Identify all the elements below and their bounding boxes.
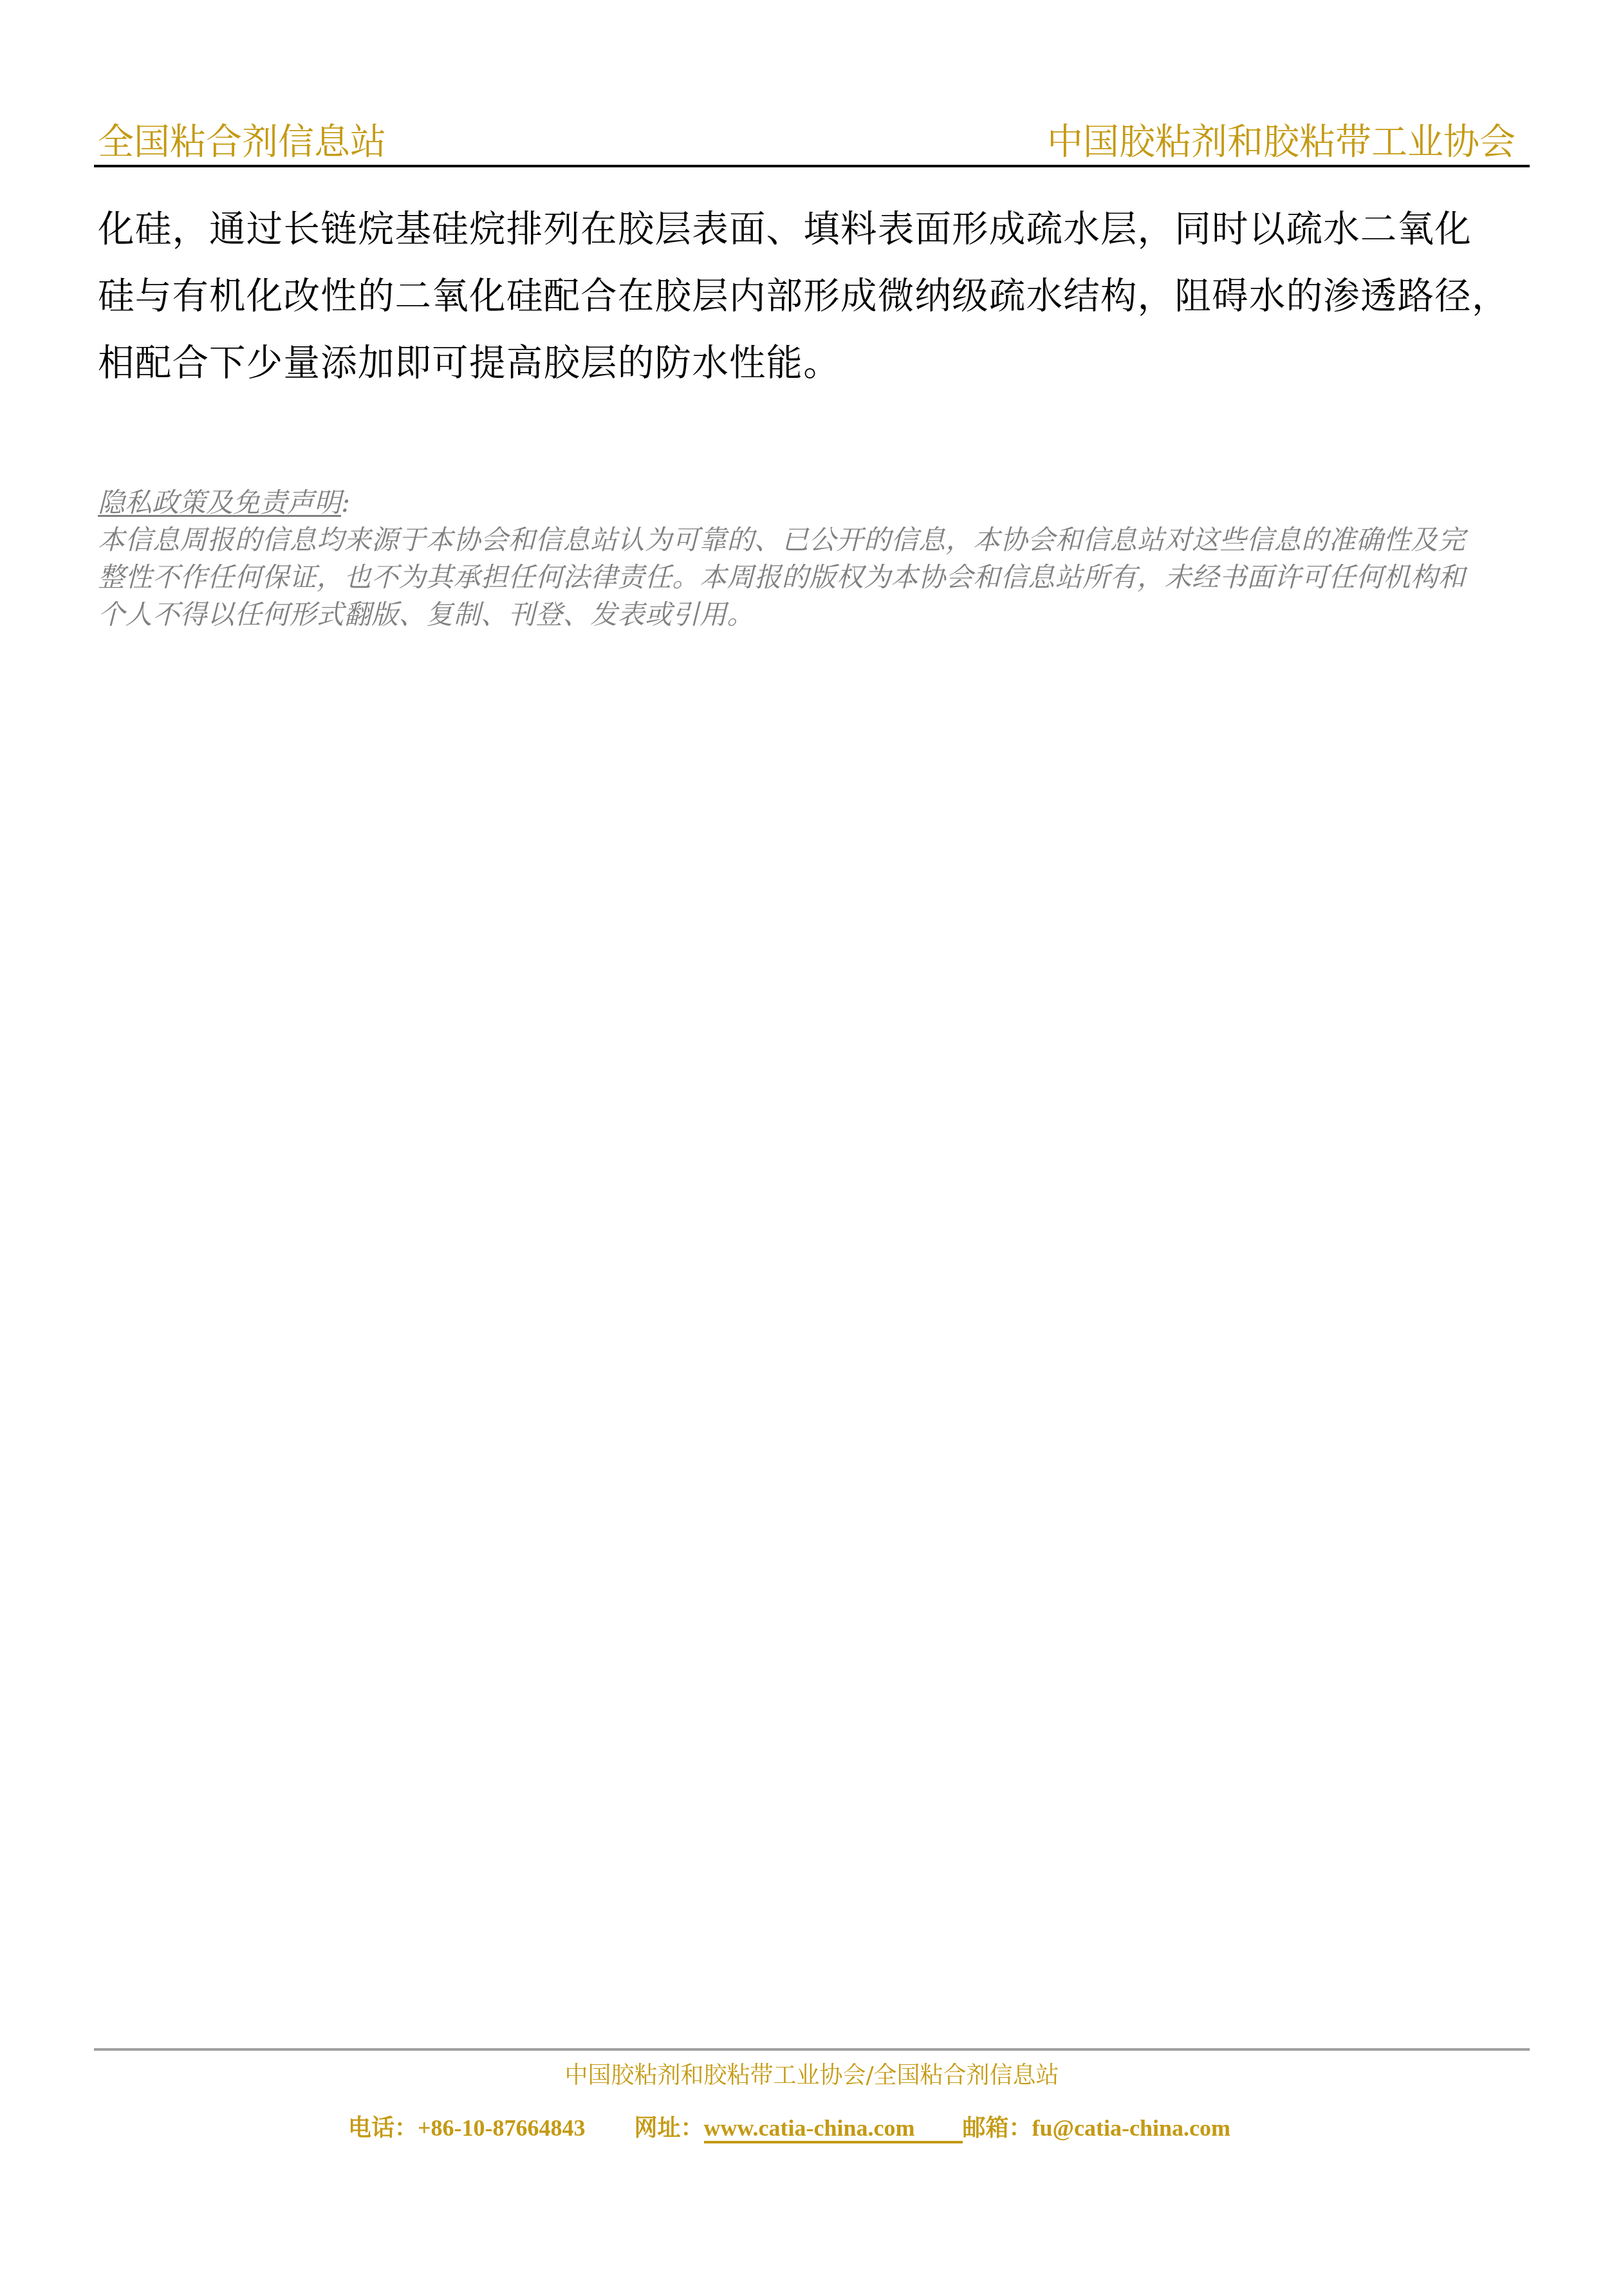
disclaimer-title-colon: : (341, 487, 350, 518)
disclaimer-line: 本信息周报的信息均来源于本协会和信息站认为可靠的、已公开的信息，本协会和信息站对… (98, 521, 1539, 559)
email-address[interactable]: fu@catia-china.com (1032, 2113, 1230, 2143)
disclaimer-section: 隐私政策及免责声明: 本信息周报的信息均来源于本协会和信息站认为可靠的、已公开的… (98, 484, 1539, 633)
disclaimer-line: 个人不得以任何形式翻版、复制、刊登、发表或引用。 (98, 596, 1539, 633)
page-header: 全国粘合剂信息站 中国胶粘剂和胶粘带工业协会 (94, 120, 1530, 167)
website-label: 网址： (635, 2113, 704, 2143)
body-line: 化硅，通过长链烷基硅烷排列在胶层表面、填料表面形成疏水层，同时以疏水二氧化 (98, 196, 1539, 263)
phone-label: 电话： (348, 2113, 418, 2143)
body-line: 硅与有机化改性的二氧化硅配合在胶层内部形成微纳级疏水结构，阻碍水的渗透路径， (98, 263, 1539, 330)
header-association-name: 中国胶粘剂和胶粘带工业协会 (1047, 120, 1516, 165)
email-label: 邮箱： (963, 2113, 1032, 2143)
phone-number: +86-10-87664843 (418, 2113, 586, 2143)
article-body: 化硅，通过长链烷基硅烷排列在胶层表面、填料表面形成疏水层，同时以疏水二氧化 硅与… (98, 196, 1539, 397)
disclaimer-title: 隐私政策及免责声明 (98, 487, 341, 518)
footer-contact: 电话：+86-10-87664843网址：www.catia-china.com… (348, 2113, 1230, 2143)
disclaimer-heading: 隐私政策及免责声明: (98, 484, 1539, 521)
header-site-name: 全国粘合剂信息站 (98, 120, 386, 165)
page-footer: 中国胶粘剂和胶粘带工业协会/全国粘合剂信息站 电话：+86-10-8766484… (94, 2048, 1530, 2051)
footer-organization: 中国胶粘剂和胶粘带工业协会/全国粘合剂信息站 (94, 2061, 1530, 2091)
website-link[interactable]: www.catia-china.com (704, 2115, 963, 2143)
disclaimer-line: 整性不作任何保证，也不为其承担任何法律责任。本周报的版权为本协会和信息站所有，未… (98, 559, 1539, 596)
body-line: 相配合下少量添加即可提高胶层的防水性能。 (98, 330, 1539, 397)
